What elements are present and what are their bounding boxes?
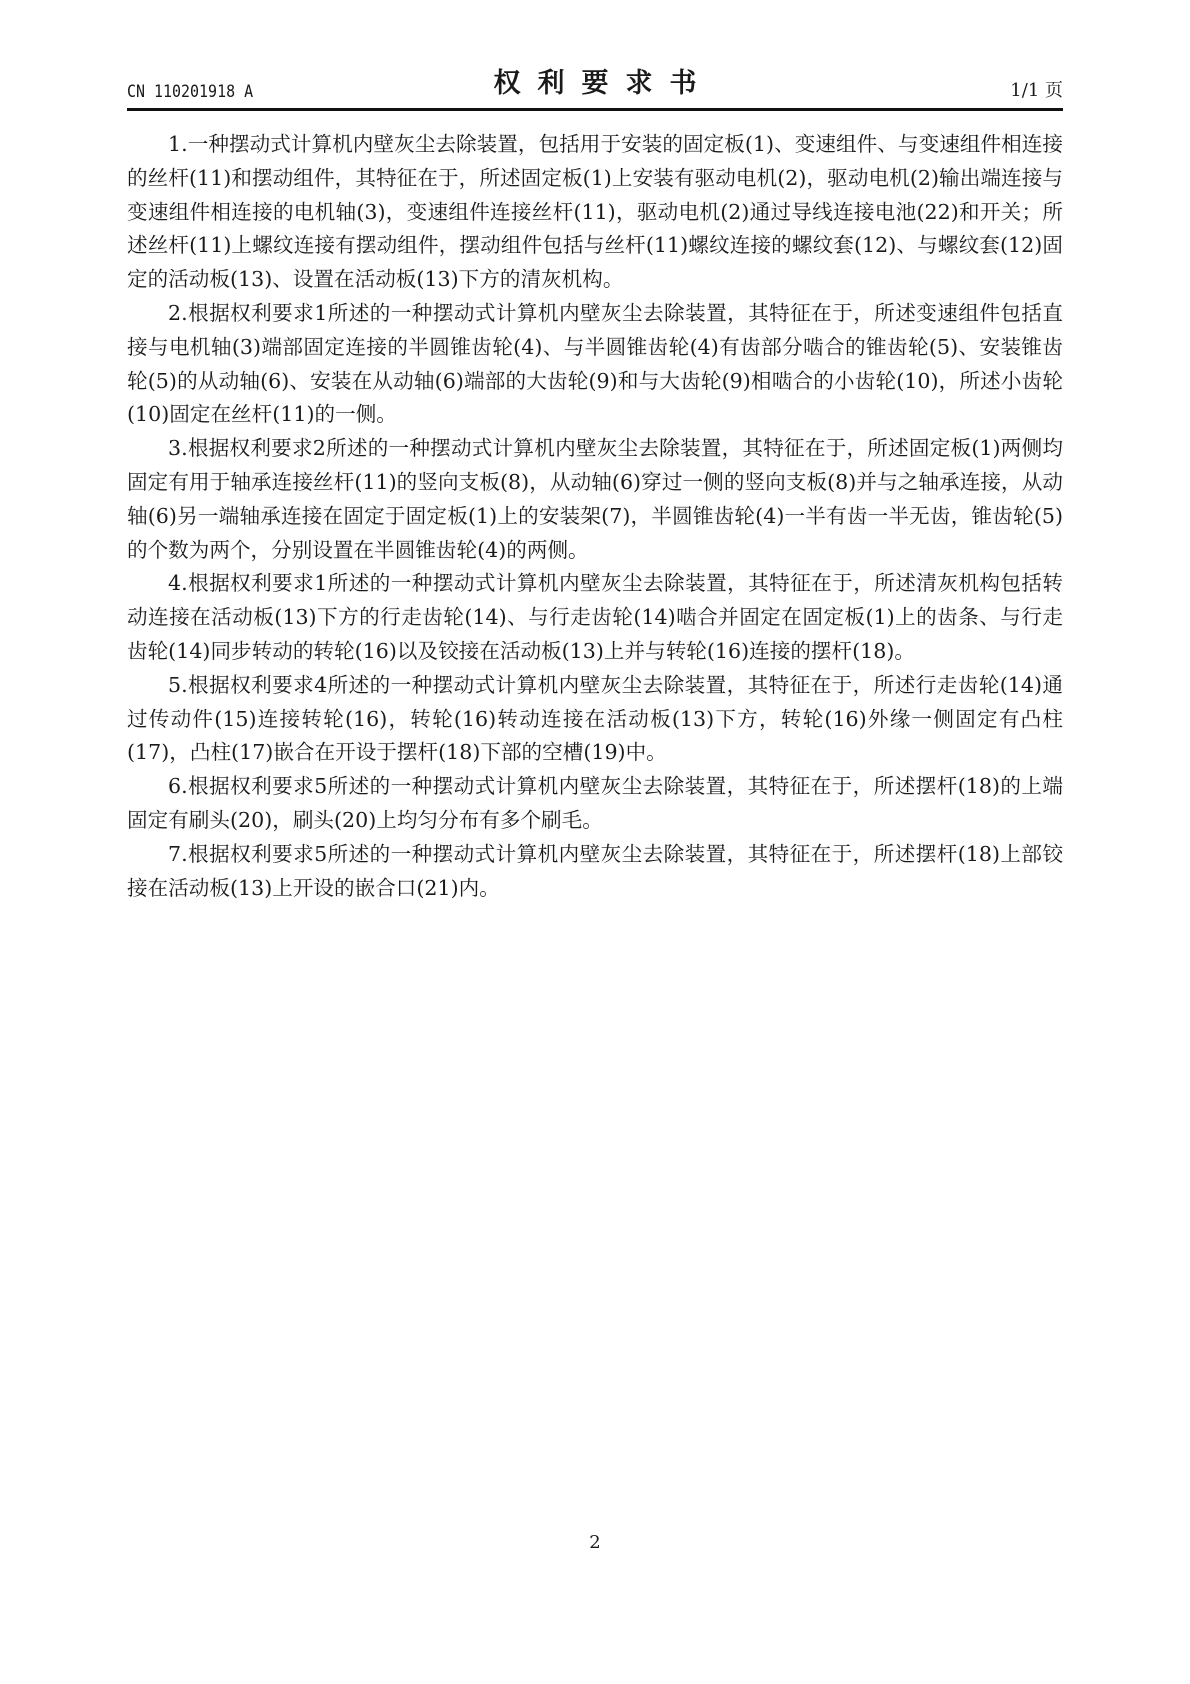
claim-1: 1.一种摆动式计算机内壁灰尘去除装置，包括用于安装的固定板(1)、变速组件、与变… bbox=[127, 128, 1063, 297]
document-title: 权利要求书 bbox=[127, 61, 1063, 100]
page-number: 2 bbox=[0, 1532, 1190, 1553]
claim-7: 7.根据权利要求5所述的一种摆动式计算机内壁灰尘去除装置，其特征在于，所述摆杆(… bbox=[127, 838, 1063, 906]
claims-body: 1.一种摆动式计算机内壁灰尘去除装置，包括用于安装的固定板(1)、变速组件、与变… bbox=[127, 128, 1063, 905]
page-header: CN 110201918 A 权利要求书 1/1 页 bbox=[127, 62, 1063, 111]
claim-2: 2.根据权利要求1所述的一种摆动式计算机内壁灰尘去除装置，其特征在于，所述变速组… bbox=[127, 297, 1063, 432]
claim-5: 5.根据权利要求4所述的一种摆动式计算机内壁灰尘去除装置，其特征在于，所述行走齿… bbox=[127, 669, 1063, 770]
claim-6: 6.根据权利要求5所述的一种摆动式计算机内壁灰尘去除装置，其特征在于，所述摆杆(… bbox=[127, 770, 1063, 838]
claim-3: 3.根据权利要求2所述的一种摆动式计算机内壁灰尘去除装置，其特征在于，所述固定板… bbox=[127, 432, 1063, 567]
page-indicator: 1/1 页 bbox=[1010, 76, 1063, 102]
claim-4: 4.根据权利要求1所述的一种摆动式计算机内壁灰尘去除装置，其特征在于，所述清灰机… bbox=[127, 567, 1063, 668]
